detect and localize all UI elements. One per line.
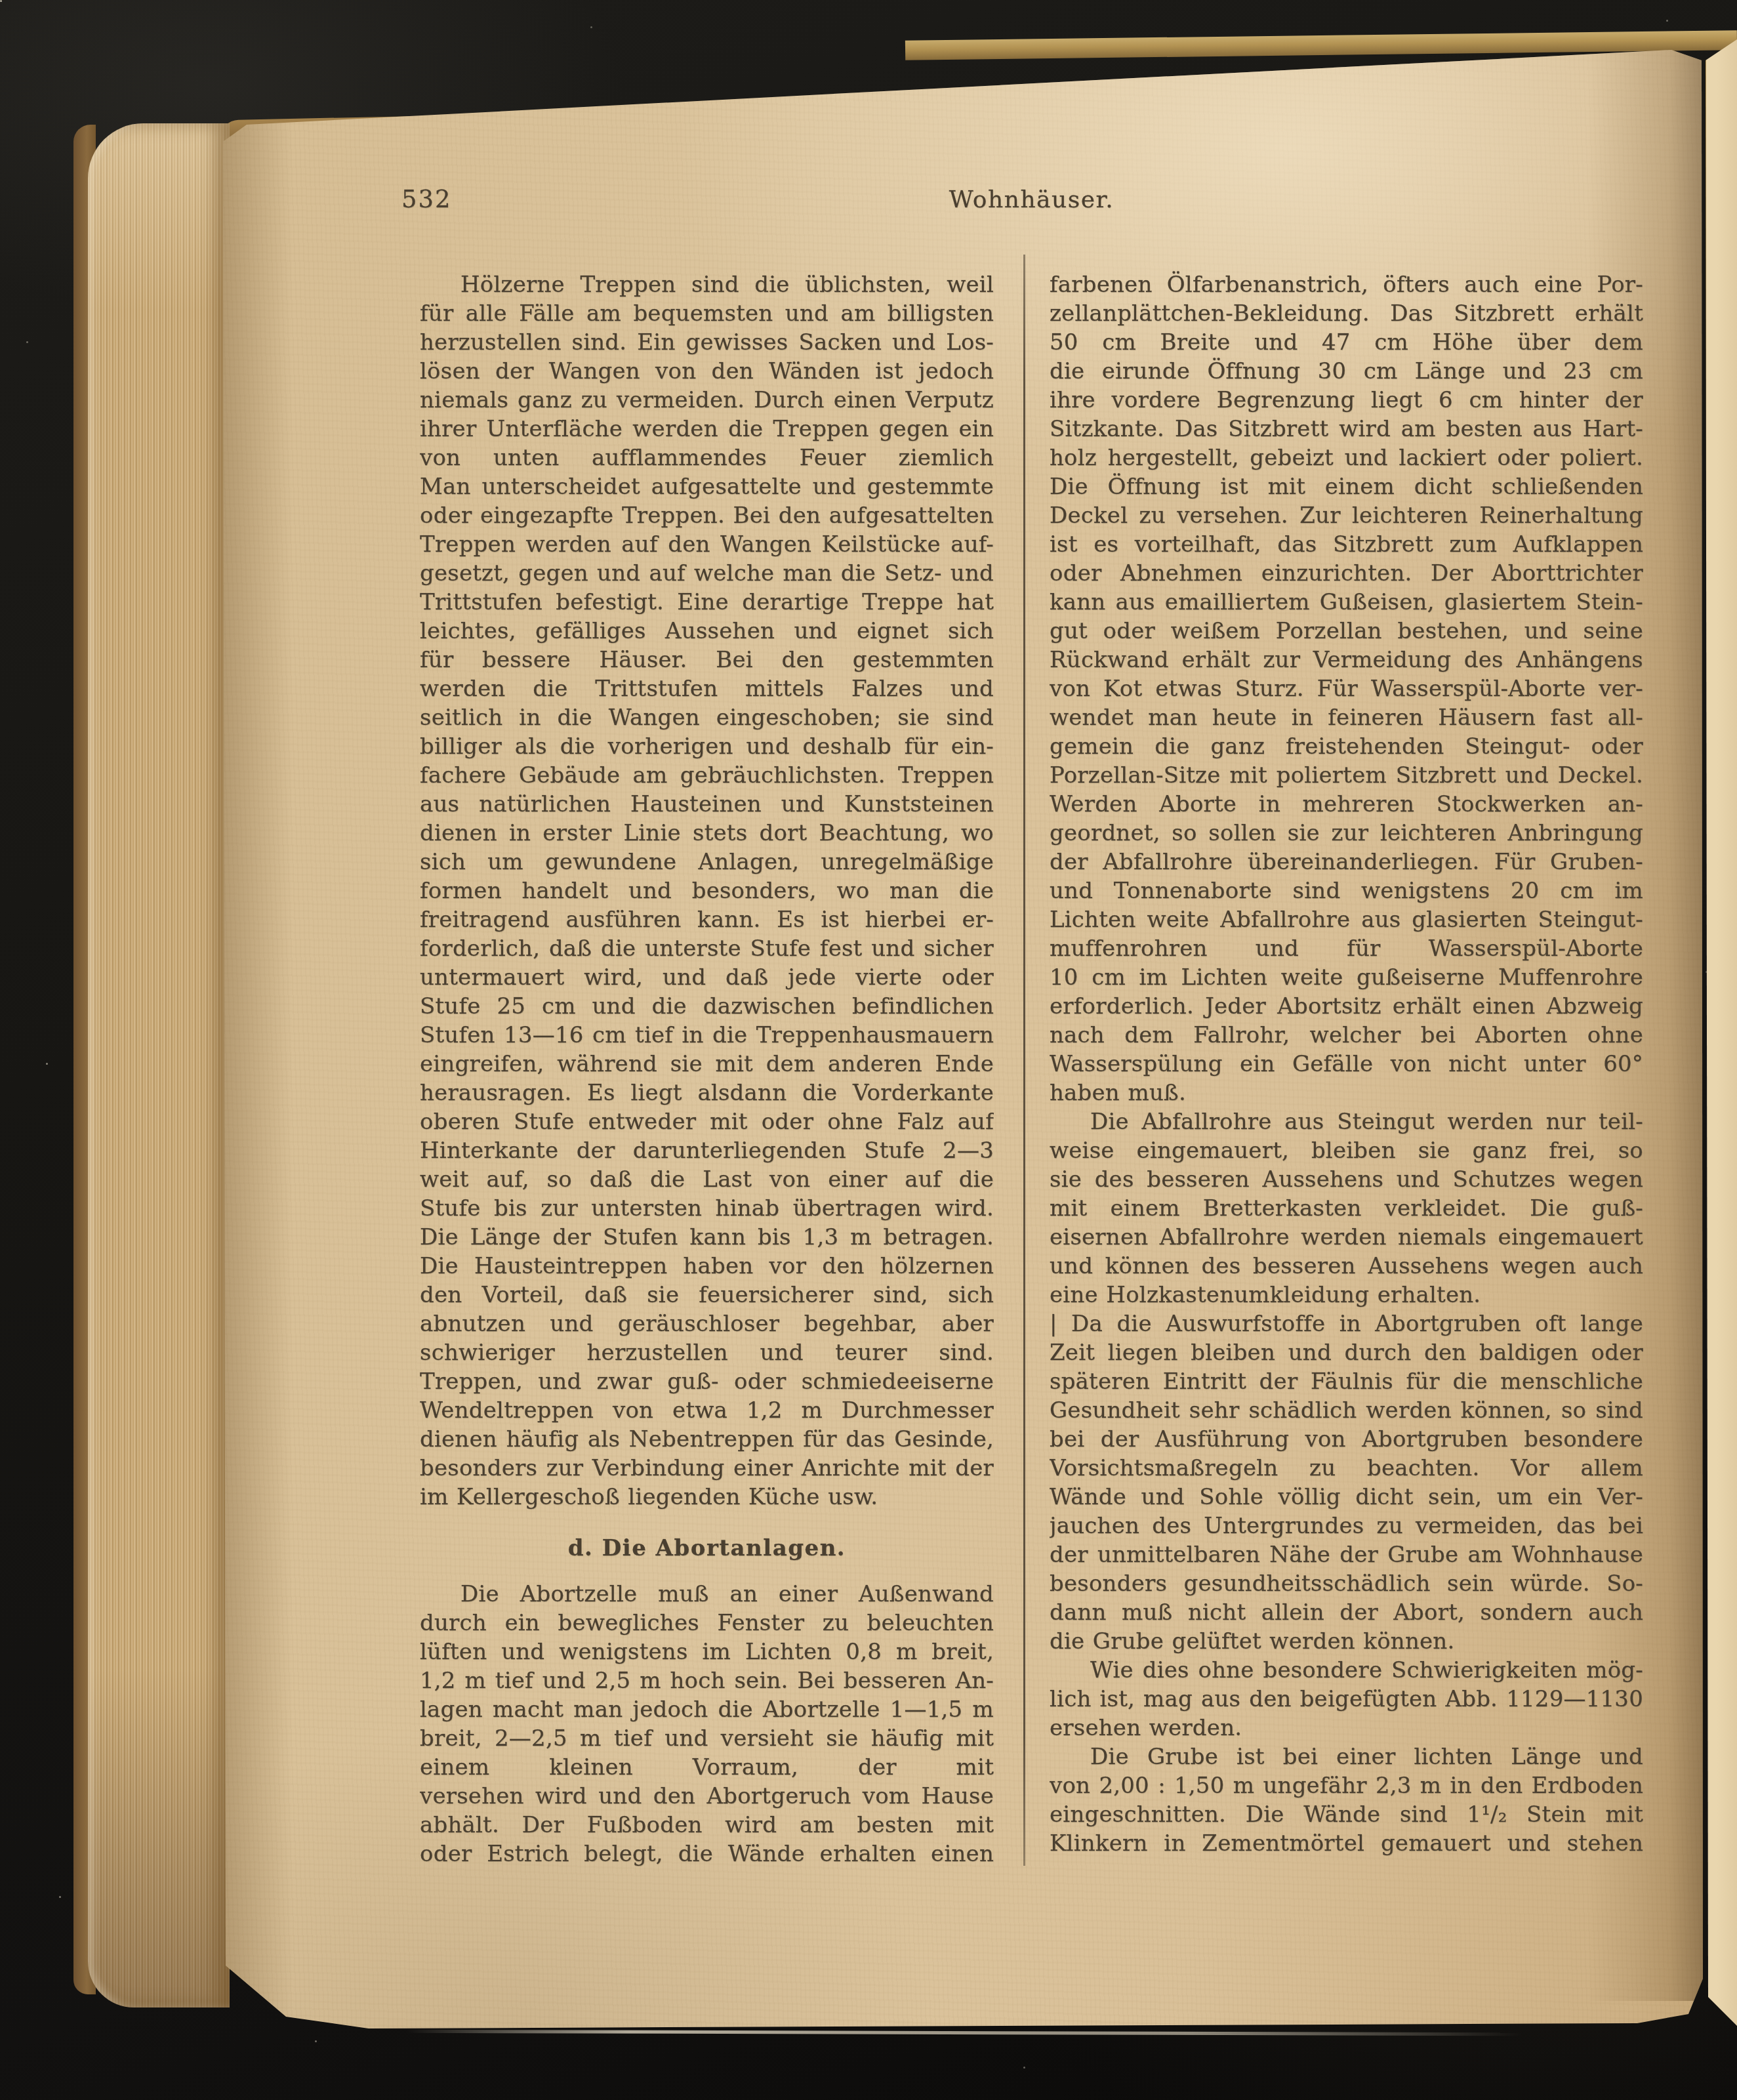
text-line: oder Estrich belegt, die Wände erhalten … xyxy=(420,1840,994,1868)
text-line: sie des besseren Aussehens und Schutzes … xyxy=(1050,1165,1643,1194)
text-line: Trittstufen befestigt. Eine derartige Tr… xyxy=(420,588,994,617)
text-line: der unmittelbaren Nähe der Grube am Wohn… xyxy=(1050,1540,1643,1569)
book-page: 532 Wohnhäuser. Hölzerne Treppen sind di… xyxy=(0,0,1737,2100)
text-line: mit einem Bretterkasten verkleidet. Die … xyxy=(1050,1194,1643,1223)
page-left-shading xyxy=(220,118,293,2027)
text-line: lüften und wenigstens im Lichten 0,8 m b… xyxy=(420,1637,994,1666)
running-title: Wohnhäuser. xyxy=(420,186,1643,213)
text-line: besonders gesundheitsschädlich sein würd… xyxy=(1050,1569,1643,1598)
text-line: Stufen 13—16 cm tief in die Treppenhausm… xyxy=(420,1021,994,1050)
text-line: lagen macht man jedoch die Abortzelle 1—… xyxy=(420,1695,994,1724)
text-line: eisernen Abfallrohre werden niemals eing… xyxy=(1050,1223,1643,1252)
text-line: oder eingezapfte Treppen. Bei den aufges… xyxy=(420,501,994,530)
text-line: gut oder weißem Porzellan bestehen, und … xyxy=(1050,617,1643,646)
text-column-right: farbenen Ölfarbenanstrich, öfters auch e… xyxy=(1050,270,1643,1858)
text-line: werden die Trittstufen mittels Falzes un… xyxy=(420,674,994,703)
text-line: lösen der Wangen von den Wänden ist jedo… xyxy=(420,357,994,386)
text-line: ersehen werden. xyxy=(1050,1714,1643,1742)
text-line: Man unterscheidet aufgesattelte und gest… xyxy=(420,472,994,501)
next-page-edge xyxy=(1703,38,1737,2026)
text-line: Deckel zu versehen. Zur leichteren Reine… xyxy=(1050,501,1643,530)
text-line: Wasserspülung ein Gefälle von nicht unte… xyxy=(1050,1050,1643,1079)
text-line: ist es vorteilhaft, das Sitzbrett zum Au… xyxy=(1050,530,1643,559)
text-line: von 2,00 : 1,50 m ungefähr 2,3 m in den … xyxy=(1050,1771,1643,1800)
text-line: herzustellen sind. Ein gewisses Sacken u… xyxy=(420,328,994,357)
text-line: abhält. Der Fußboden wird am besten mit … xyxy=(420,1811,994,1840)
text-line: abnutzen und geräuschloser begehbar, abe… xyxy=(420,1309,994,1338)
text-line: gemein die ganz freistehenden Steingut- … xyxy=(1050,732,1643,761)
text-line: nach dem Fallrohr, welcher bei Aborten o… xyxy=(1050,1021,1643,1050)
text-line: für bessere Häuser. Bei den gestemmten T… xyxy=(420,646,994,674)
text-line: wendet man heute in feineren Häusern fas… xyxy=(1050,703,1643,732)
text-line: Die Abfallrohre aus Steingut werden nur … xyxy=(1050,1107,1643,1136)
text-column-left: Hölzerne Treppen sind die üblichsten, we… xyxy=(420,270,994,1868)
text-line: billiger als die vorherigen und deshalb … xyxy=(420,732,994,761)
text-line: kann aus emailliertem Gußeisen, glasiert… xyxy=(1050,588,1643,617)
text-line: Lichten weite Abfallrohre aus glasierten… xyxy=(1050,905,1643,934)
text-line: Rückwand erhält zur Vermeidung des Anhän… xyxy=(1050,646,1643,674)
text-line: Hölzerne Treppen sind die üblichsten, we… xyxy=(420,270,994,299)
text-line: der Abfallrohre übereinanderliegen. Für … xyxy=(1050,848,1643,876)
text-line: 1,2 m tief und 2,5 m hoch sein. Bei bess… xyxy=(420,1666,994,1695)
text-line: Die Öffnung ist mit einem dicht schließe… xyxy=(1050,472,1643,501)
text-line: durch ein bewegliches Fenster zu beleuch… xyxy=(420,1609,994,1637)
text-line: aus natürlichen Hausteinen und Kunststei… xyxy=(420,790,994,819)
text-line: muffenrohren und für Wasserspül-Aborte w… xyxy=(1050,934,1643,963)
text-line: Hinterkante der darunterliegenden Stufe … xyxy=(420,1136,994,1165)
text-line: breit, 2—2,5 m tief und versieht sie häu… xyxy=(420,1724,994,1753)
text-line: Treppen werden auf den Wangen Keilstücke… xyxy=(420,530,994,559)
text-line: ihrer Unterfläche werden die Treppen geg… xyxy=(420,415,994,443)
text-line: Porzellan-Sitze mit poliertem Sitzbrett … xyxy=(1050,761,1643,790)
text-line: oberen Stufe entweder mit oder ohne Falz… xyxy=(420,1107,994,1136)
text-line: dienen in erster Linie stets dort Beacht… xyxy=(420,819,994,848)
text-line: Zeit liegen bleiben und durch den baldig… xyxy=(1050,1338,1643,1367)
book-scan: 532 Wohnhäuser. Hölzerne Treppen sind di… xyxy=(0,0,1737,2100)
text-line: formen handelt und besonders, wo man die… xyxy=(420,876,994,905)
text-line: die Grube gelüftet werden können. xyxy=(1050,1627,1643,1656)
text-line: eingeschnitten. Die Wände sind 1¹/₂ Stei… xyxy=(1050,1800,1643,1829)
text-line: gesetzt, gegen und auf welche man die Se… xyxy=(420,559,994,588)
text-line: Die Länge der Stufen kann bis 1,3 m betr… xyxy=(420,1223,994,1252)
text-line: Die Hausteintreppen haben vor den hölzer… xyxy=(420,1252,994,1281)
text-line: Klinkern in Zementmörtel gemauert und st… xyxy=(1050,1829,1643,1858)
text-line: von unten aufflammendes Feuer ziemlich g… xyxy=(420,443,994,472)
text-line: lich ist, mag aus den beigefügten Abb. 1… xyxy=(1050,1685,1643,1714)
text-line: geordnet, so sollen sie zur leichteren A… xyxy=(1050,819,1643,848)
text-line: von Kot etwas Sturz. Für Wasserspül-Abor… xyxy=(1050,674,1643,703)
text-line: haben muß. xyxy=(1050,1079,1643,1107)
text-line: holz hergestellt, gebeizt und lackiert o… xyxy=(1050,443,1643,472)
column-divider-rule xyxy=(1023,255,1025,1866)
book-fore-edge-pages xyxy=(88,123,230,2007)
text-line: | Da die Auswurfstoffe in Abortgruben of… xyxy=(1050,1309,1643,1338)
text-line: Die Abortzelle muß an einer Außenwand li… xyxy=(420,1580,994,1609)
text-line: farbenen Ölfarbenanstrich, öfters auch e… xyxy=(1050,270,1643,299)
text-line: zellanplättchen-Bekleidung. Das Sitzbret… xyxy=(1050,299,1643,328)
text-line: bei der Ausführung von Abortgruben beson… xyxy=(1050,1425,1643,1454)
text-line: Wendeltreppen von etwa 1,2 m Durchmesser xyxy=(420,1396,994,1425)
text-line: erforderlich. Jeder Abortsitz erhält ein… xyxy=(1050,992,1643,1021)
text-line: dann muß nicht allein der Abort, sondern… xyxy=(1050,1598,1643,1627)
text-line: die eirunde Öffnung 30 cm Länge und 23 c… xyxy=(1050,357,1643,386)
text-line: Sitzkante. Das Sitzbrett wird am besten … xyxy=(1050,415,1643,443)
text-line: forderlich, daß die unterste Stufe fest … xyxy=(420,934,994,963)
text-line: Vorsichtsmaßregeln zu beachten. Vor alle… xyxy=(1050,1454,1643,1483)
text-line: weise eingemauert, bleiben sie ganz frei… xyxy=(1050,1136,1643,1165)
text-line: 50 cm Breite und 47 cm Höhe über dem Fuß… xyxy=(1050,328,1643,357)
text-line: Wie dies ohne besondere Schwierigkeiten … xyxy=(1050,1656,1643,1685)
text-line: seitlich in die Wangen eingeschoben; sie… xyxy=(420,703,994,732)
text-line: weit auf, so daß die Last von einer auf … xyxy=(420,1165,994,1194)
text-line: späteren Eintritt der Fäulnis für die me… xyxy=(1050,1367,1643,1396)
text-line: im Kellergeschoß liegenden Küche usw. xyxy=(420,1483,994,1512)
text-line: Wände und Sohle völlig dicht sein, um ei… xyxy=(1050,1483,1643,1512)
text-line: freitragend ausführen kann. Es ist hierb… xyxy=(420,905,994,934)
text-line: Die Grube ist bei einer lichten Länge un… xyxy=(1050,1742,1643,1771)
text-line: fachere Gebäude am gebräuchlichsten. Tre… xyxy=(420,761,994,790)
text-line: Treppen, und zwar guß- oder schmiedeeise… xyxy=(420,1367,994,1396)
text-line: eingreifen, während sie mit dem anderen … xyxy=(420,1050,994,1079)
text-line: Stufe 25 cm und die dazwischen befindlic… xyxy=(420,992,994,1021)
text-line: niemals ganz zu vermeiden. Durch einen V… xyxy=(420,386,994,415)
text-line: Stufe bis zur untersten hinab übertragen… xyxy=(420,1194,994,1223)
text-line: Gesundheit sehr schädlich werden können,… xyxy=(1050,1396,1643,1425)
text-line: untermauert wird, und daß jede vierte od… xyxy=(420,963,994,992)
text-line: und können des besseren Aussehens wegen … xyxy=(1050,1252,1643,1281)
dust-specks xyxy=(0,0,2,2)
text-line: Werden Aborte in mehreren Stockwerken an… xyxy=(1050,790,1643,819)
text-line: ihre vordere Begrenzung liegt 6 cm hinte… xyxy=(1050,386,1643,415)
text-line: 10 cm im Lichten weite gußeiserne Muffen… xyxy=(1050,963,1643,992)
text-line: sich um gewundene Anlagen, unregelmäßige… xyxy=(420,848,994,876)
text-line: jauchen des Untergrundes zu vermeiden, d… xyxy=(1050,1512,1643,1540)
section-heading: d. Die Abortanlagen. xyxy=(420,1534,994,1563)
text-line: versehen wird und den Abortgeruch vom Ha… xyxy=(420,1782,994,1811)
text-line: einem kleinen Vorraum, der mit Waschgele… xyxy=(420,1753,994,1782)
text-line: und Tonnenaborte sind wenigstens 20 cm i… xyxy=(1050,876,1643,905)
text-line: für alle Fälle am bequemsten und am bill… xyxy=(420,299,994,328)
text-line: besonders zur Verbindung einer Anrichte … xyxy=(420,1454,994,1483)
text-line: schwieriger herzustellen und teurer sind… xyxy=(420,1338,994,1367)
text-line: den Vorteil, daß sie feuersicherer sind,… xyxy=(420,1281,994,1309)
text-line: oder Abnehmen einzurichten. Der Aborttri… xyxy=(1050,559,1643,588)
text-line: dienen häufig als Nebentreppen für das G… xyxy=(420,1425,994,1454)
text-line: eine Holzkastenumkleidung erhalten. xyxy=(1050,1281,1643,1309)
text-line: leichtes, gefälliges Aussehen und eignet… xyxy=(420,617,994,646)
text-line: herausragen. Es liegt alsdann die Vorder… xyxy=(420,1079,994,1107)
